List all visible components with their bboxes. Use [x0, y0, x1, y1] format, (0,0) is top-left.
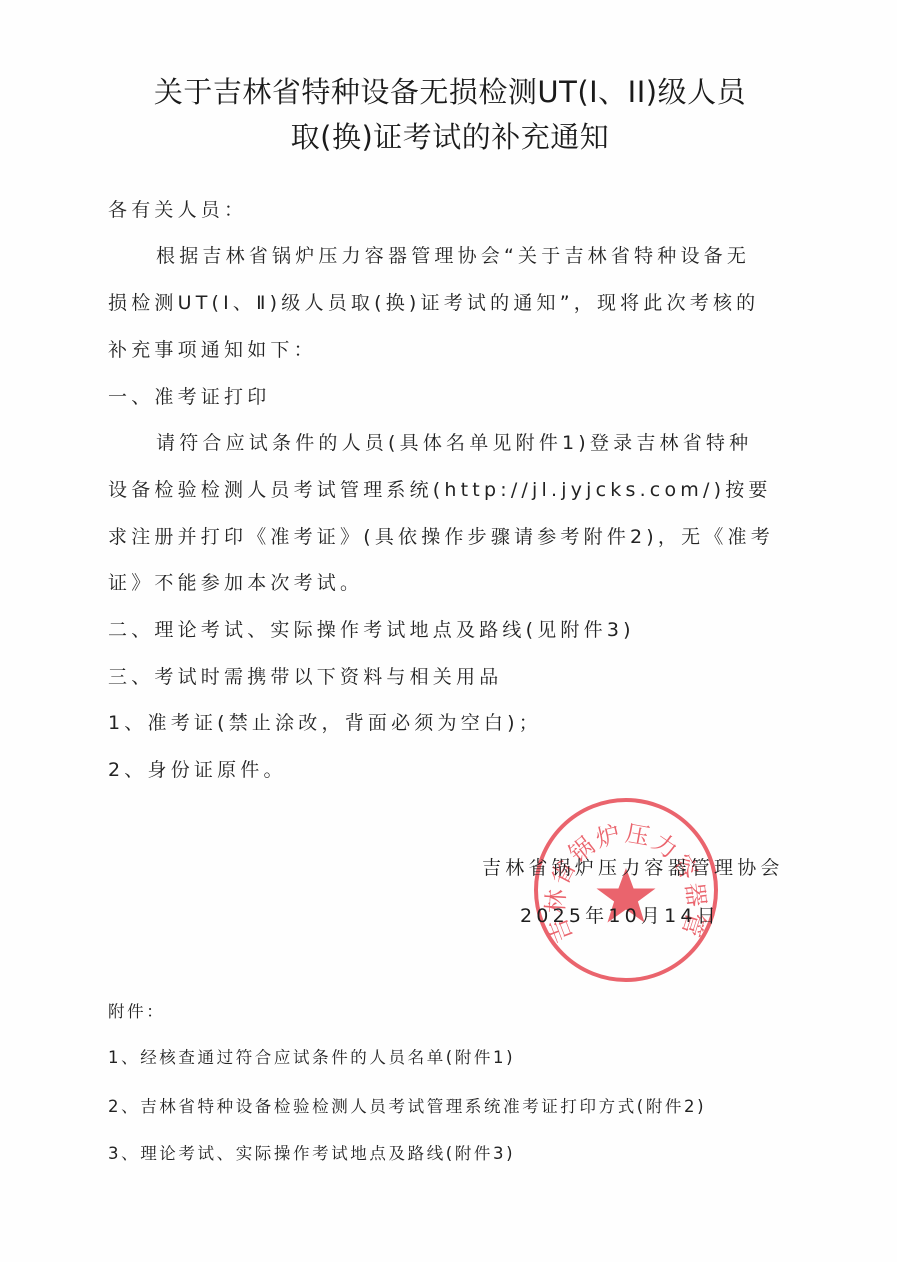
attachment-item: 3、理论考试、实际操作考试地点及路线(附件3)	[108, 1142, 515, 1166]
document-title-line-1: 关于吉林省特种设备无损检测UT(I、II)级人员	[100, 75, 800, 109]
salutation: 各有关人员：	[108, 198, 247, 222]
intro-line: 根据吉林省锅炉压力容器管理协会“关于吉林省特种设备无	[156, 244, 750, 268]
signature-organization: 吉林省锅炉压力容器管理协会	[482, 856, 784, 880]
intro-line: 损检测UT(Ⅰ、Ⅱ)级人员取(换)证考试的通知”，现将此次考核的	[108, 291, 759, 315]
section-1-body-line: 证》不能参加本次考试。	[108, 571, 363, 595]
section-3-item: 2、身份证原件。	[108, 758, 287, 782]
section-3-heading: 三、考试时需携带以下资料与相关用品	[108, 665, 502, 689]
intro-line: 补充事项通知如下：	[108, 338, 317, 362]
section-2-heading: 二、理论考试、实际操作考试地点及路线(见附件3)	[108, 618, 635, 642]
attachments-label: 附件：	[108, 1000, 165, 1024]
seal-graphic-icon: 吉林省锅炉压力容器管理协会	[534, 798, 718, 982]
signature-date: 2025年10月14日	[520, 904, 720, 928]
section-1-heading: 一、准考证打印	[108, 385, 270, 409]
section-1-body-line: 请符合应试条件的人员(具体名单见附件1)登录吉林省特种	[156, 431, 752, 455]
section-3-item: 1、准考证(禁止涂改，背面必须为空白)；	[108, 711, 542, 735]
attachment-item: 1、经核查通过符合应试条件的人员名单(附件1)	[108, 1046, 515, 1070]
section-1-body-line: 求注册并打印《准考证》(具依操作步骤请参考附件2)，无《准考	[108, 525, 774, 549]
document-title-line-2: 取(换)证考试的补充通知	[100, 120, 800, 154]
document-page: 关于吉林省特种设备无损检测UT(I、II)级人员 取(换)证考试的补充通知 各有…	[0, 0, 897, 1262]
section-1-body-line: 设备检验检测人员考试管理系统(http://jl.jyjcks.com/)按要	[108, 478, 772, 502]
official-seal: 吉林省锅炉压力容器管理协会	[534, 798, 718, 982]
attachment-item: 2、吉林省特种设备检验检测人员考试管理系统准考证打印方式(附件2)	[108, 1095, 706, 1119]
